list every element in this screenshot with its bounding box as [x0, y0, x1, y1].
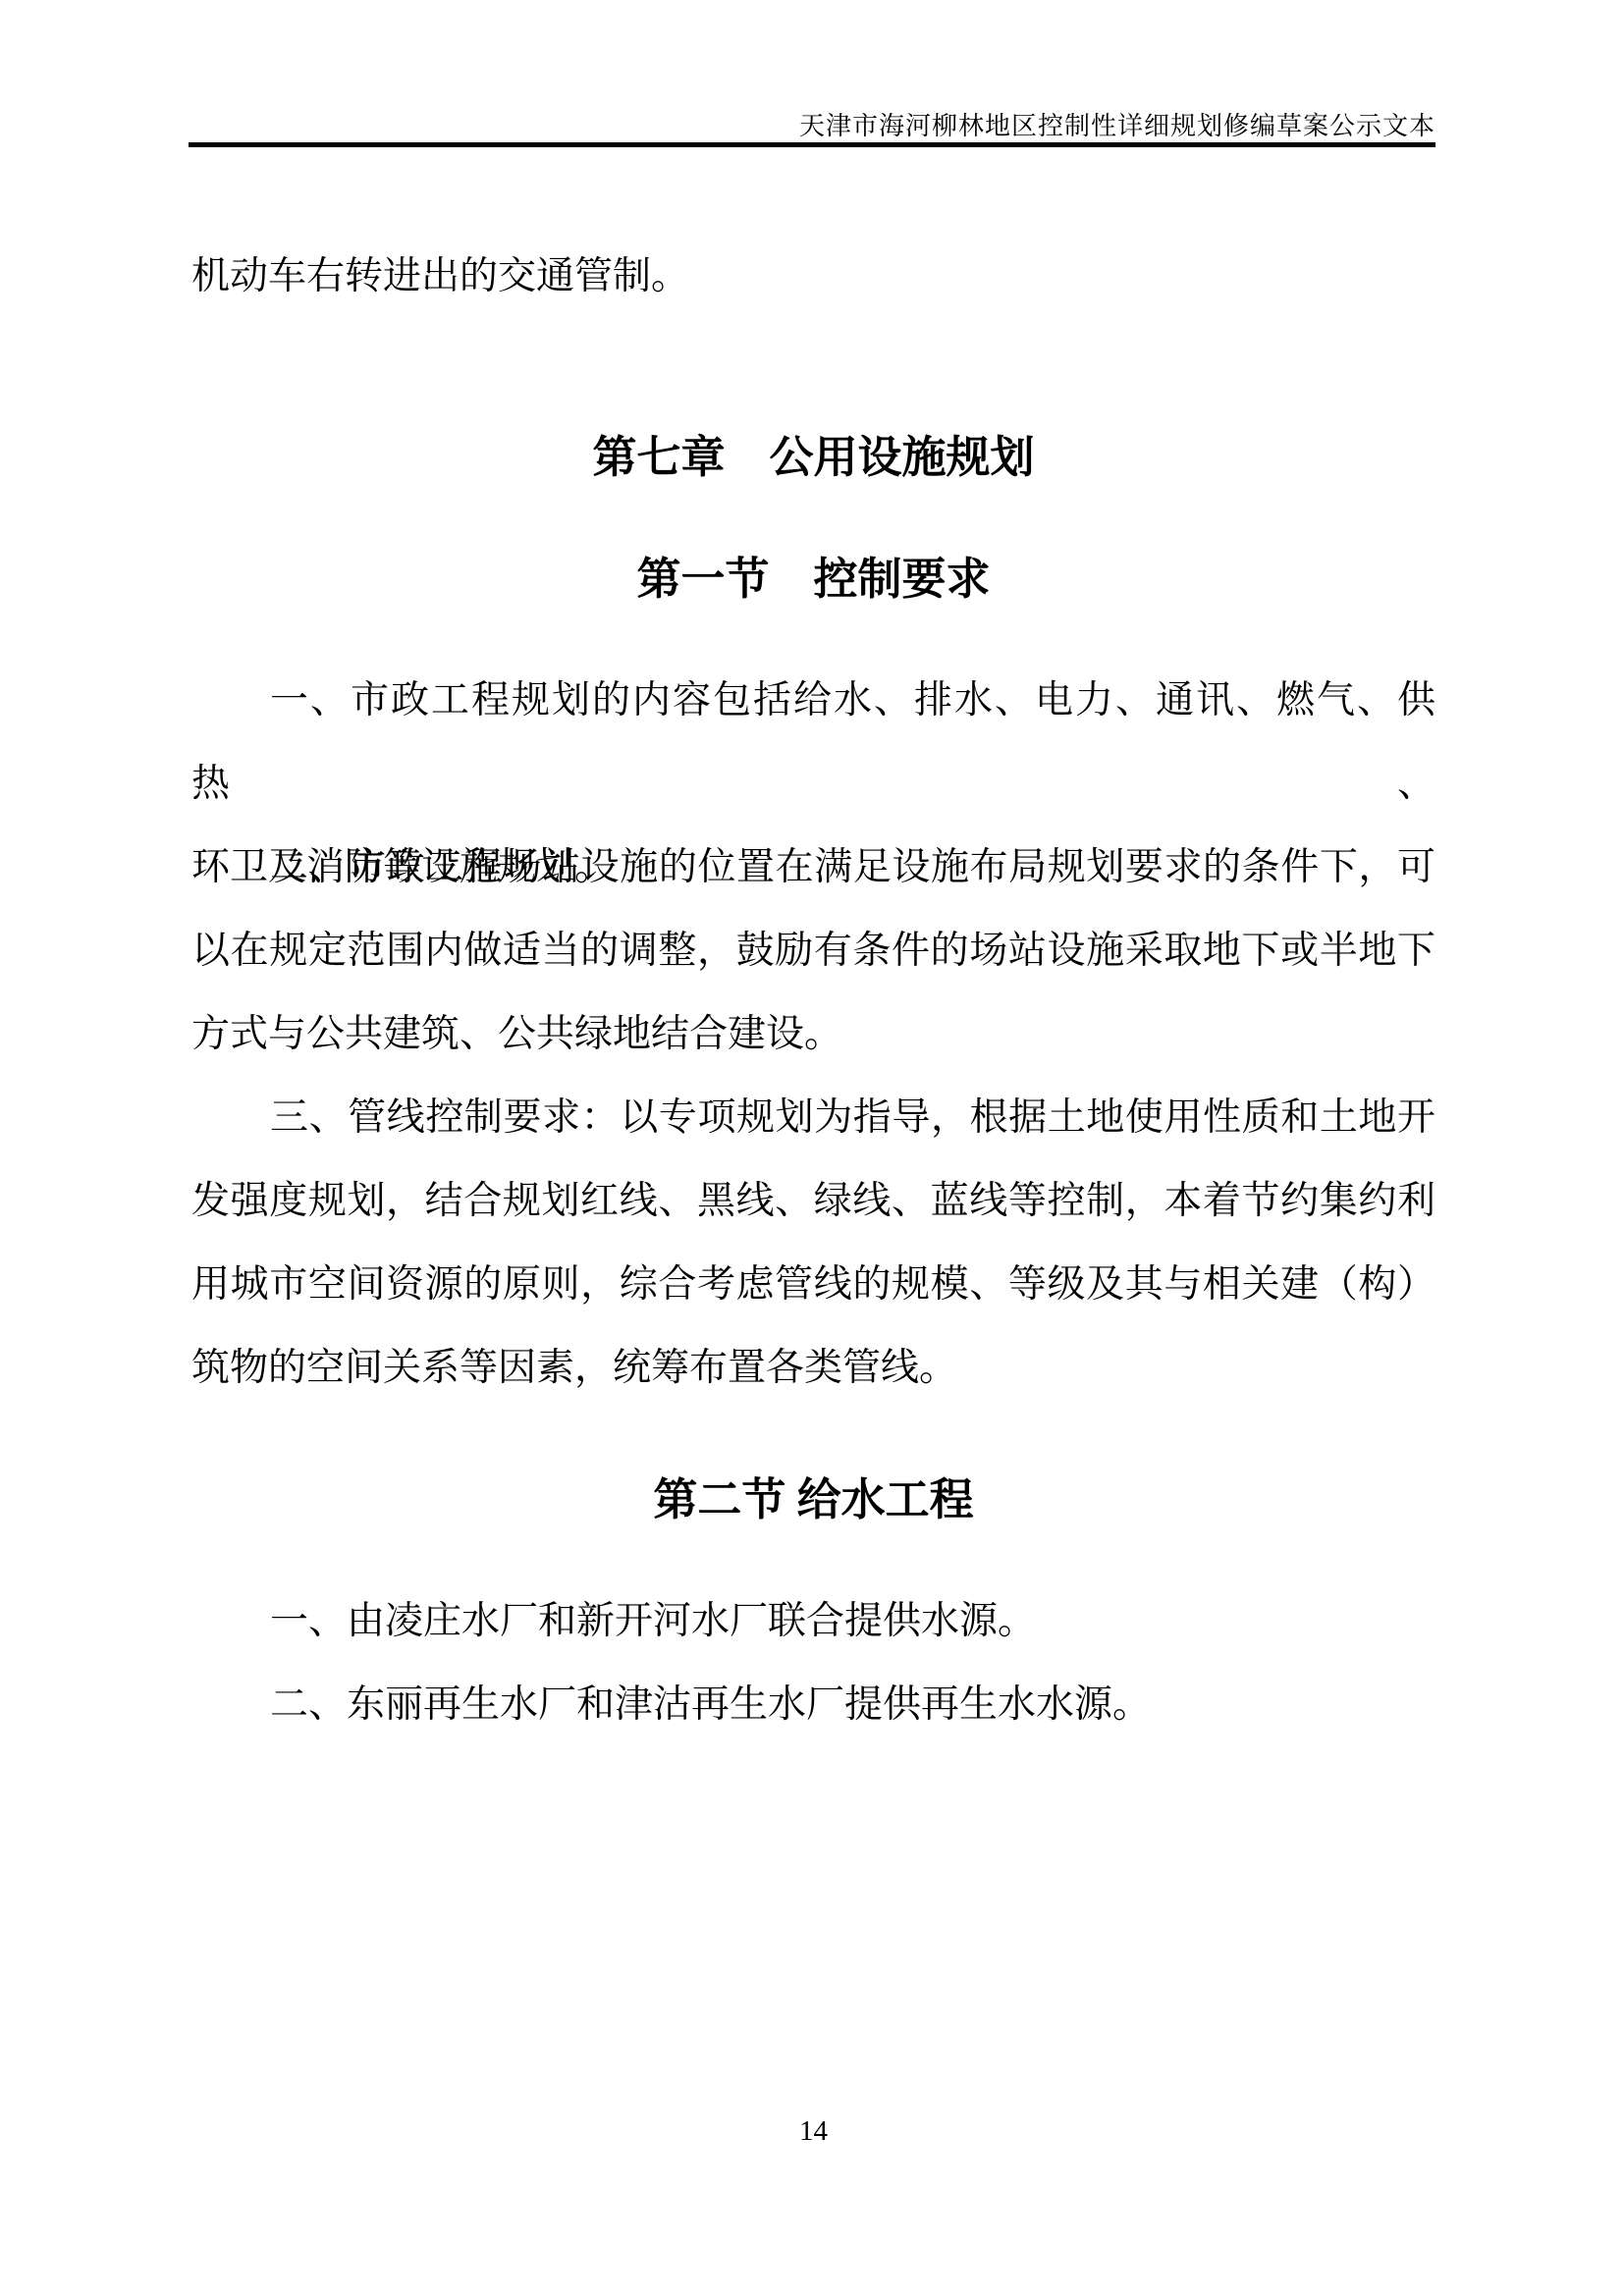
body-line: 一、由凌庄水厂和新开河水厂联合提供水源。: [191, 1579, 1435, 1663]
list-item-water-source-1: 一、由凌庄水厂和新开河水厂联合提供水源。: [191, 1579, 1435, 1663]
section-heading-2: 第二节 给水工程: [191, 1456, 1435, 1544]
paragraph-2: 二、市政工程场站设施的位置在满足设施布局规划要求的条件下，可 以在规定范围内做适…: [191, 826, 1435, 1076]
body-line: 二、市政工程场站设施的位置在满足设施布局规划要求的条件下，可: [191, 826, 1435, 909]
body-line: 发强度规划，结合规划红线、黑线、绿线、蓝线等控制，本着节约集约利: [191, 1159, 1435, 1243]
body-line: 机动车右转进出的交通管制。: [191, 235, 1435, 318]
chapter-heading: 第七章 公用设施规划: [191, 413, 1435, 502]
document-page: 天津市海河柳林地区控制性详细规划修编草案公示文本 机动车右转进出的交通管制。 第…: [0, 0, 1624, 2296]
body-line: 方式与公共建筑、公共绿地结合建设。: [191, 992, 1435, 1076]
body-line: 三、管线控制要求：以专项规划为指导，根据土地使用性质和土地开: [191, 1076, 1435, 1159]
page-header: 天津市海河柳林地区控制性详细规划修编草案公示文本: [189, 0, 1435, 147]
paragraph-3: 三、管线控制要求：以专项规划为指导，根据土地使用性质和土地开 发强度规划，结合规…: [191, 1076, 1435, 1410]
body-line: 一、市政工程规划的内容包括给水、排水、电力、通讯、燃气、供热、: [191, 659, 1435, 826]
header-title: 天津市海河柳林地区控制性详细规划修编草案公示文本: [799, 112, 1435, 142]
body-line: 二、东丽再生水厂和津沽再生水厂提供再生水水源。: [191, 1663, 1435, 1746]
body-line: 用城市空间资源的原则，综合考虑管线的规模、等级及其与相关建（构）: [191, 1243, 1435, 1326]
body-line: 筑物的空间关系等因素，统筹布置各类管线。: [191, 1326, 1435, 1410]
list-item-water-source-2: 二、东丽再生水厂和津沽再生水厂提供再生水水源。: [191, 1663, 1435, 1746]
body-line: 以在规定范围内做适当的调整，鼓励有条件的场站设施采取地下或半地下: [191, 909, 1435, 992]
section-heading-1: 第一节 控制要求: [191, 535, 1435, 623]
page-number: 14: [191, 2111, 1435, 2151]
paragraph-continuation: 机动车右转进出的交通管制。: [191, 235, 1435, 318]
